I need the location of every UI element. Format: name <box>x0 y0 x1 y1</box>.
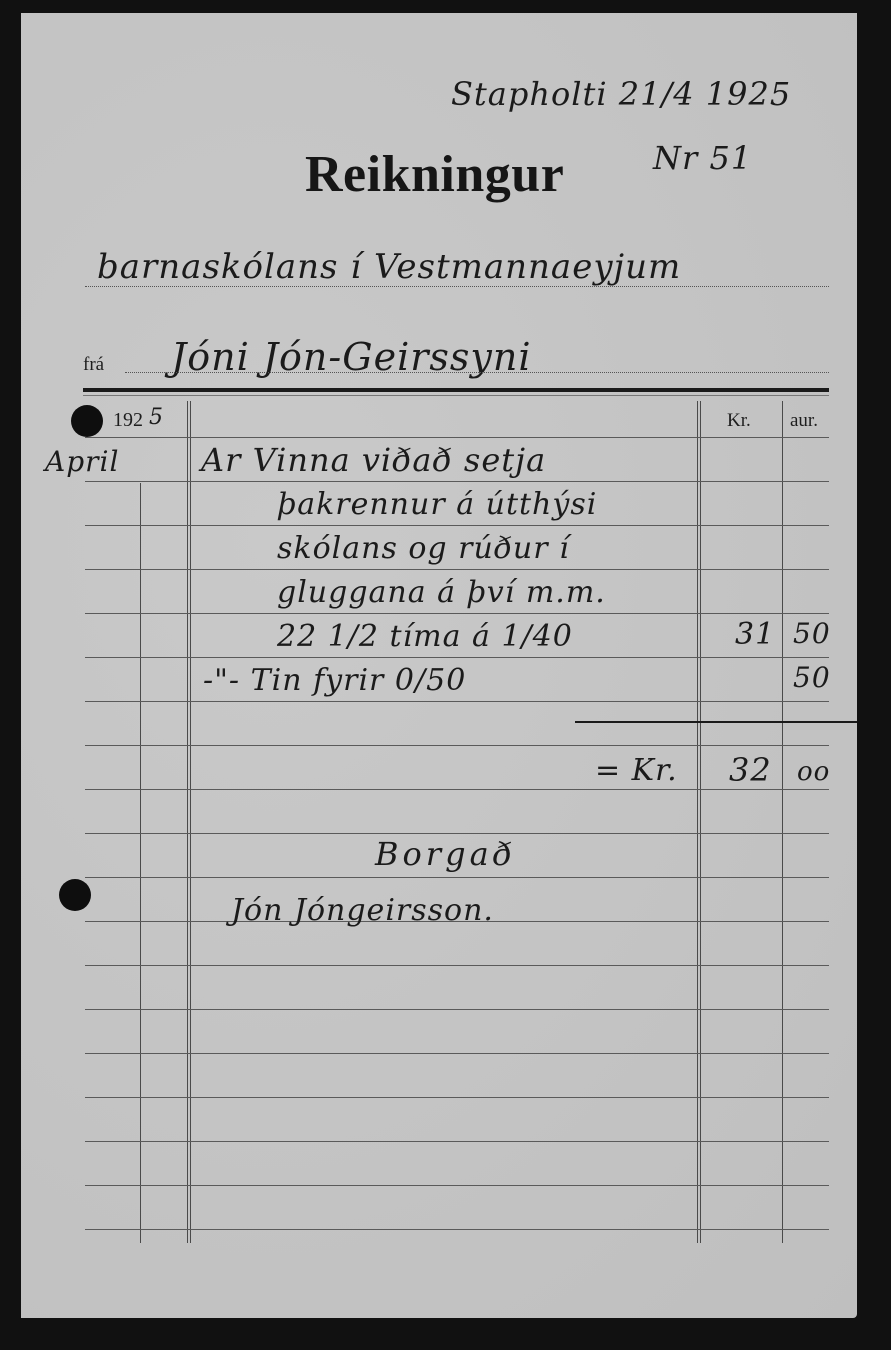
invoice-paper: Stapholti 21/4 1925 Reikningur Nr 51 bar… <box>21 13 857 1318</box>
date-column-divider <box>140 483 141 1243</box>
row-desc: þakrennur á útthýsi <box>277 487 597 522</box>
signature: Jón Jóngeirsson. <box>231 893 494 928</box>
column-header-aur: aur. <box>790 410 818 432</box>
row-kr: 31 <box>735 617 775 652</box>
total-kr: 32 <box>729 751 772 789</box>
row-aur: 50 <box>793 617 831 650</box>
header-rule <box>83 388 829 392</box>
punch-hole-top <box>71 405 103 437</box>
desc-column-left-2 <box>190 401 191 1243</box>
sum-rule <box>575 721 857 723</box>
invoice-number: Nr 51 <box>653 139 752 177</box>
year-printed: 192 <box>113 409 143 432</box>
total-label: = Kr. <box>595 753 678 788</box>
row-desc: -"- Tin fyrir 0/50 <box>203 663 466 698</box>
row-desc: skólans og rúður í <box>277 531 570 566</box>
header-rule-thin <box>83 395 829 396</box>
paid-stamp: Borgað <box>375 835 516 873</box>
column-header-kr: Kr. <box>727 410 751 432</box>
from-dotted-line <box>125 372 829 373</box>
row-aur: 50 <box>793 661 831 694</box>
row-date: April <box>45 445 119 478</box>
desc-column-left-1 <box>187 401 188 1243</box>
row-desc: gluggana á því m.m. <box>277 575 606 610</box>
row-desc: 22 1/2 tíma á 1/40 <box>277 619 573 654</box>
from-label: frá <box>83 354 104 376</box>
kr-column-left-1 <box>697 401 698 1243</box>
recipient-name: barnaskólans í Vestmannaeyjum <box>97 247 681 287</box>
invoice-title: Reikningur <box>305 145 564 204</box>
place-date: Stapholti 21/4 1925 <box>451 75 791 113</box>
year-handwritten: 5 <box>149 405 164 430</box>
kr-column-left-2 <box>700 401 701 1243</box>
aur-column-divider <box>782 401 783 1243</box>
total-aur: oo <box>797 757 830 787</box>
row-desc: Ar Vinna viðað setja <box>201 441 546 479</box>
recipient-dotted-line <box>85 286 829 287</box>
punch-hole-bottom <box>59 879 91 911</box>
